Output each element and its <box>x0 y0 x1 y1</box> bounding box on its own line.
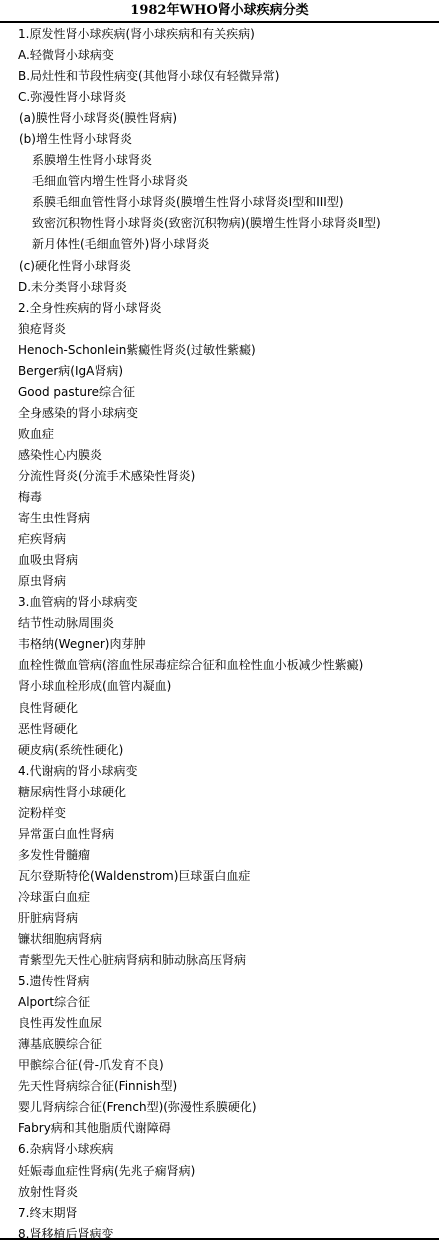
list-item: 先天性肾病综合征(Finnish型) <box>0 1076 439 1097</box>
list-item: 系膜增生性肾小球肾炎 <box>0 150 439 171</box>
list-item: 婴儿肾病综合征(French型)(弥漫性系膜硬化) <box>0 1097 439 1118</box>
list-item: 疟疾肾病 <box>0 529 439 550</box>
list-item: 败血症 <box>0 424 439 445</box>
list-item: 寄生虫性肾病 <box>0 508 439 529</box>
list-item: 冷球蛋白血症 <box>0 887 439 908</box>
list-item: D.未分类肾小球肾炎 <box>0 277 439 298</box>
list-item: 恶性肾硬化 <box>0 719 439 740</box>
bottom-rule-divider <box>0 1238 439 1240</box>
list-item: 青紫型先天性心脏病肾病和肺动脉高压肾病 <box>0 950 439 971</box>
list-item: 狼疮肾炎 <box>0 319 439 340</box>
list-item: 血栓性微血管病(溶血性尿毒症综合征和血栓性血小板减少性紫癜) <box>0 655 439 676</box>
list-item: 1.原发性肾小球疾病(肾小球疾病和有关疾病) <box>0 24 439 45</box>
list-item: 梅毒 <box>0 487 439 508</box>
table-title: 1982年WHO肾小球疾病分类 <box>0 2 439 20</box>
list-item: 薄基底膜综合征 <box>0 1034 439 1055</box>
list-item: 5.遗传性肾病 <box>0 971 439 992</box>
list-item: C.弥漫性肾小球肾炎 <box>0 87 439 108</box>
list-item: 系膜毛细血管性肾小球肾炎(膜增生性肾小球肾炎Ⅰ型和III型) <box>0 192 439 213</box>
list-item: 多发性骨髓瘤 <box>0 845 439 866</box>
list-item: 甲髌综合征(骨-爪发育不良) <box>0 1055 439 1076</box>
list-item: (a)膜性肾小球肾炎(膜性肾病) <box>0 108 439 129</box>
list-item: 2.全身性疾病的肾小球肾炎 <box>0 298 439 319</box>
list-item: Fabry病和其他脂质代谢障碍 <box>0 1118 439 1139</box>
list-item: 分流性肾炎(分流手术感染性肾炎) <box>0 466 439 487</box>
list-item: 镰状细胞病肾病 <box>0 929 439 950</box>
list-item: 肝脏病肾病 <box>0 908 439 929</box>
list-item: A.轻微肾小球病变 <box>0 45 439 66</box>
list-item: 感染性心内膜炎 <box>0 445 439 466</box>
list-item: 肾小球血栓形成(血管内凝血) <box>0 676 439 697</box>
list-item: Alport综合征 <box>0 992 439 1013</box>
list-item: 异常蛋白血性肾病 <box>0 824 439 845</box>
list-item: Good pasture综合征 <box>0 382 439 403</box>
list-item: 淀粉样变 <box>0 803 439 824</box>
list-item: 结节性动脉周围炎 <box>0 613 439 634</box>
list-item: (b)增生性肾小球肾炎 <box>0 129 439 150</box>
list-item: 3.血管病的肾小球病变 <box>0 592 439 613</box>
list-item: 硬皮病(系统性硬化) <box>0 740 439 761</box>
list-item: 良性肾硬化 <box>0 698 439 719</box>
list-item: 良性再发性血尿 <box>0 1013 439 1034</box>
list-item: 糖尿病性肾小球硬化 <box>0 782 439 803</box>
list-item: 放射性肾炎 <box>0 1182 439 1203</box>
list-item: 新月体性(毛细血管外)肾小球肾炎 <box>0 234 439 255</box>
list-item: 全身感染的肾小球病变 <box>0 403 439 424</box>
list-item: 毛细血管内增生性肾小球肾炎 <box>0 171 439 192</box>
list-item: B.局灶性和节段性病变(其他肾小球仅有轻微异常) <box>0 66 439 87</box>
list-item: Henoch-Schonlein紫癜性肾炎(过敏性紫癜) <box>0 340 439 361</box>
list-item: 原虫肾病 <box>0 571 439 592</box>
list-item: 致密沉积物性肾小球肾炎(致密沉积物病)(膜增生性肾小球肾炎Ⅱ型) <box>0 213 439 234</box>
list-item: 6.杂病肾小球疾病 <box>0 1139 439 1160</box>
classification-list: 1.原发性肾小球疾病(肾小球疾病和有关疾病)A.轻微肾小球病变B.局灶性和节段性… <box>0 24 439 1242</box>
list-item: 韦格纳(Wegner)肉芽肿 <box>0 634 439 655</box>
list-item: 瓦尔登斯特伦(Waldenstrom)巨球蛋白血症 <box>0 866 439 887</box>
list-item: 7.终末期肾 <box>0 1203 439 1224</box>
list-item: Berger病(IgA肾病) <box>0 361 439 382</box>
list-item: 血吸虫肾病 <box>0 550 439 571</box>
list-item: 4.代谢病的肾小球病变 <box>0 761 439 782</box>
list-item: 妊娠毒血症性肾病(先兆子痫肾病) <box>0 1161 439 1182</box>
top-rule-divider <box>0 21 439 23</box>
list-item: (c)硬化性肾小球肾炎 <box>0 256 439 277</box>
